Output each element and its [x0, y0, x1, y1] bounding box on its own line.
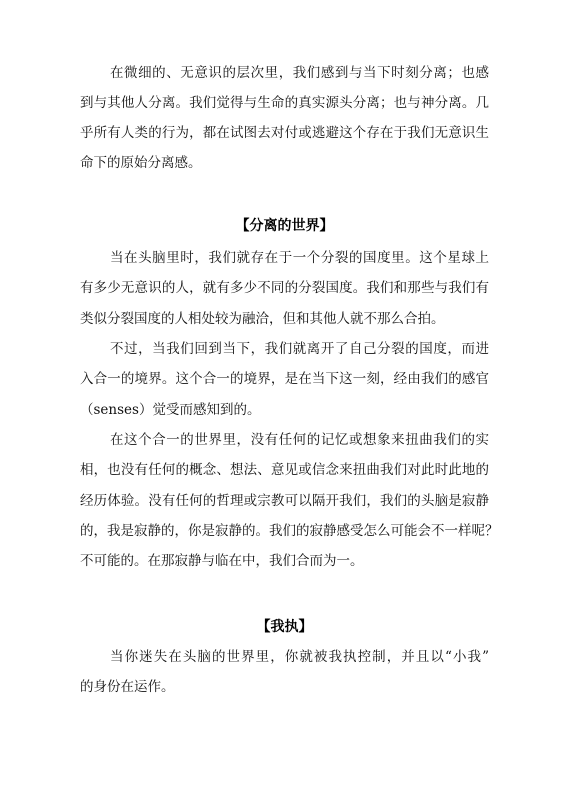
paragraph-line: 不过，当我们回到当下，我们就离开了自己分裂的国度，而进	[80, 334, 489, 364]
paragraph-line: 在微细的、无意识的层次里，我们感到与当下时刻分离；也感	[80, 58, 489, 88]
paragraph-line: 相，也没有任何的概念、想法、意见或信念来扭曲我们对此时此地的	[80, 455, 489, 485]
paragraph-stillness: 在这个合一的世界里，没有任何的记忆或想象来扭曲我们的实 相，也没有任何的概念、想…	[80, 425, 489, 576]
paragraph-line: 入合一的境界。这个合一的境界，是在当下这一刻，经由我们的感官	[80, 364, 489, 394]
section-heading-ego: 【我执】	[80, 612, 489, 642]
paragraph-line: 当你迷失在头脑的世界里，你就被我执控制，并且以“小我”	[80, 642, 489, 672]
paragraph-line: 的身份在运作。	[80, 672, 489, 702]
paragraph-ego: 当你迷失在头脑的世界里，你就被我执控制，并且以“小我” 的身份在运作。	[80, 642, 489, 703]
paragraph-line: （senses）觉受而感知到的。	[80, 395, 489, 425]
document-page: 在微细的、无意识的层次里，我们感到与当下时刻分离；也感 到与其他人分离。我们觉得…	[0, 0, 571, 788]
paragraph-line: 当在头脑里时，我们就存在于一个分裂的国度里。这个星球上	[80, 243, 489, 273]
paragraph-line: 到与其他人分离。我们觉得与生命的真实源头分离；也与神分离。几	[80, 88, 489, 118]
paragraph-oneness: 不过，当我们回到当下，我们就离开了自己分裂的国度，而进 入合一的境界。这个合一的…	[80, 334, 489, 425]
paragraph-line: 在这个合一的世界里，没有任何的记忆或想象来扭曲我们的实	[80, 425, 489, 455]
document-body: 在微细的、无意识的层次里，我们感到与当下时刻分离；也感 到与其他人分离。我们觉得…	[80, 58, 489, 703]
paragraph-line: 类似分裂国度的人相处较为融洽，但和其他人就不那么合拍。	[80, 304, 489, 334]
paragraph-separation-intro: 在微细的、无意识的层次里，我们感到与当下时刻分离；也感 到与其他人分离。我们觉得…	[80, 58, 489, 179]
section-heading-separated-world: 【分离的世界】	[80, 211, 489, 241]
paragraph-line: 不可能的。在那寂静与临在中，我们合而为一。	[80, 546, 489, 576]
paragraph-line: 有多少无意识的人，就有多少不同的分裂国度。我们和那些与我们有	[80, 273, 489, 303]
paragraph-line: 乎所有人类的行为，都在试图去对付或逃避这个存在于我们无意识生	[80, 118, 489, 148]
paragraph-line: 命下的原始分离感。	[80, 148, 489, 178]
paragraph-divided-realm: 当在头脑里时，我们就存在于一个分裂的国度里。这个星球上 有多少无意识的人，就有多…	[80, 243, 489, 334]
paragraph-line: 经历体验。没有任何的哲理或宗教可以隔开我们，我们的头脑是寂静	[80, 486, 489, 516]
paragraph-line: 的，我是寂静的，你是寂静的。我们的寂静感受怎么可能会不一样呢？	[80, 516, 489, 546]
